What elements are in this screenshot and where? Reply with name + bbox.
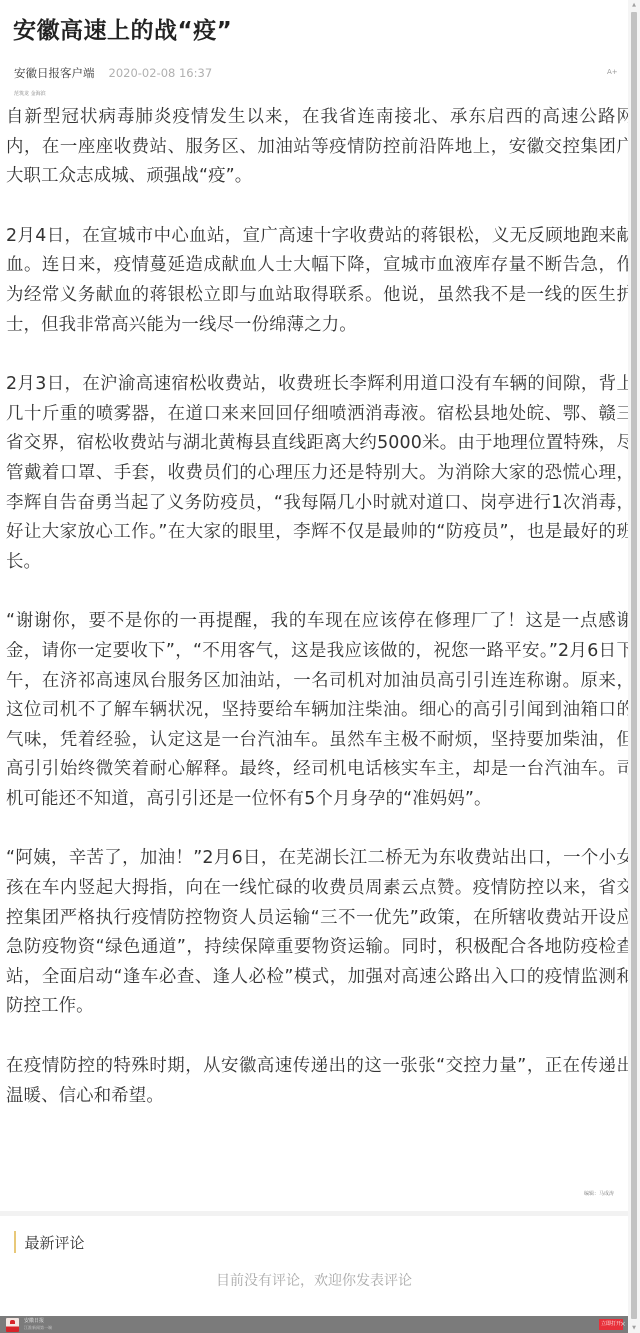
comments-section-header: 最新评论: [14, 1231, 85, 1253]
article-source[interactable]: 安徽日报客户端: [14, 65, 95, 81]
article-page: 安徽高速上的战“疫” 安徽日报客户端 2020-02-08 16:37 A+ 范…: [0, 0, 628, 1333]
article-title: 安徽高速上的战“疫”: [13, 14, 232, 48]
section-divider: [0, 1211, 628, 1216]
scrollbar-thumb[interactable]: [631, 12, 637, 1319]
article-author: 范筑龙 金海滨: [14, 90, 46, 97]
scroll-down-arrow-icon[interactable]: ▼: [628, 1323, 640, 1333]
article-paragraph: 2月3日，在沪渝高速宿松收费站，收费班长李辉利用道口没有车辆的间隙，背上几十斤重…: [6, 370, 634, 577]
comments-title: 最新评论: [25, 1232, 85, 1253]
article-paragraph: “阿姨，辛苦了，加油！”2月6日，在芜湖长江二桥无为东收费站出口，一个小女孩在车…: [6, 844, 634, 1022]
app-logo-icon: [6, 1318, 19, 1332]
scroll-up-arrow-icon[interactable]: ▲: [628, 0, 640, 10]
font-size-increase-button[interactable]: A+: [607, 68, 618, 76]
article-paragraph: 在疫情防控的特殊时期，从安徽高速传递出的这一张张“交控力量”，正在传递出温暖、信…: [6, 1052, 634, 1111]
article-paragraph: 2月4日，在宣城市中心血站，宣广高速十字收费站的蒋银松，义无反顾地跑来献血。连日…: [6, 222, 634, 340]
header-accent-bar: [14, 1231, 16, 1253]
article-editor: 编辑：马成涛: [584, 1190, 614, 1197]
empty-comments-message: 目前没有评论，欢迎你发表评论: [0, 1270, 628, 1290]
publish-datetime: 2020-02-08 16:37: [109, 66, 213, 80]
article-meta: 安徽日报客户端 2020-02-08 16:37: [14, 64, 212, 82]
article-paragraph: 自新型冠状病毒肺炎疫情发生以来，在我省连南接北、承东启西的高速公路网内，在一座座…: [6, 103, 634, 192]
article-body: 自新型冠状病毒肺炎疫情发生以来，在我省连南接北、承东启西的高速公路网内，在一座座…: [6, 103, 634, 1141]
article-paragraph: “谢谢你，要不是你的一再提醒，我的车现在应该停在修理厂了！这是一点感谢金，请你一…: [6, 607, 634, 814]
app-download-banner[interactable]: 安徽日报 江淮新闻第一端 立即打开 ×: [0, 1316, 628, 1333]
vertical-scrollbar[interactable]: ▲ ▼: [628, 0, 640, 1333]
app-name: 安徽日报: [24, 1317, 44, 1324]
close-icon[interactable]: ×: [620, 1319, 626, 1330]
app-slogan: 江淮新闻第一端: [24, 1325, 52, 1331]
